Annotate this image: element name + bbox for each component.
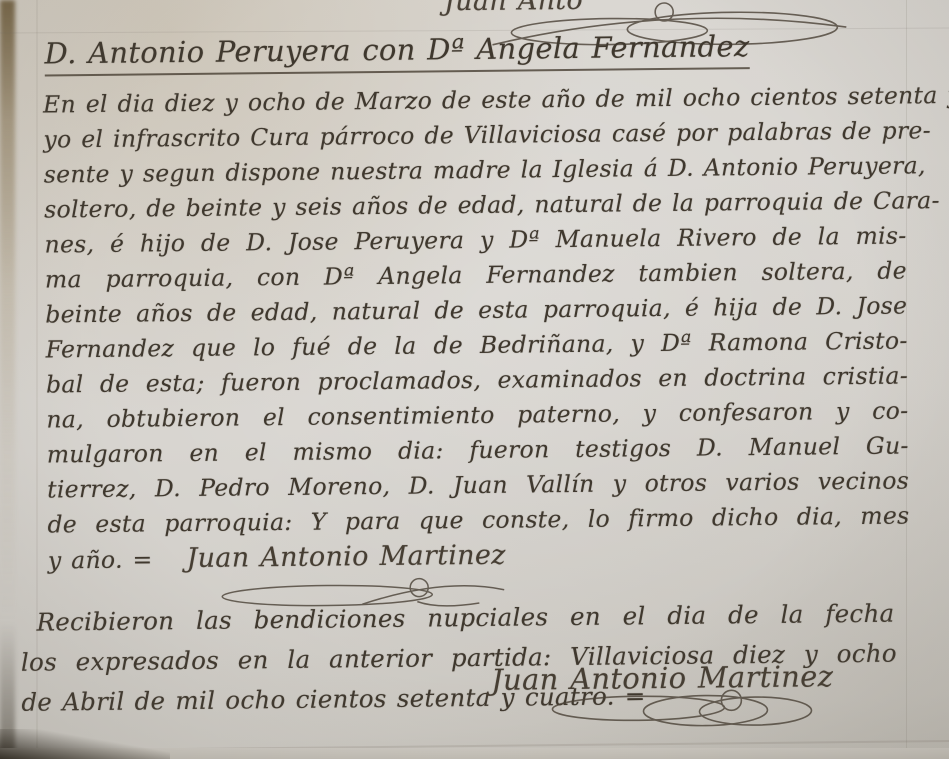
record-title: D. Antonio Peruyera con Dª Angela Fernan… bbox=[44, 29, 749, 76]
manuscript-page: Juan Anto D. Antonio Peruyera con Dª Ang… bbox=[0, 0, 949, 759]
priest-signature: Juan Antonio Martinez bbox=[186, 540, 505, 574]
record-body: En el dia diez y ocho de Marzo de este a… bbox=[43, 78, 910, 577]
record-closing: y año. = bbox=[48, 545, 153, 574]
signature-rubric-bottom bbox=[543, 687, 823, 734]
